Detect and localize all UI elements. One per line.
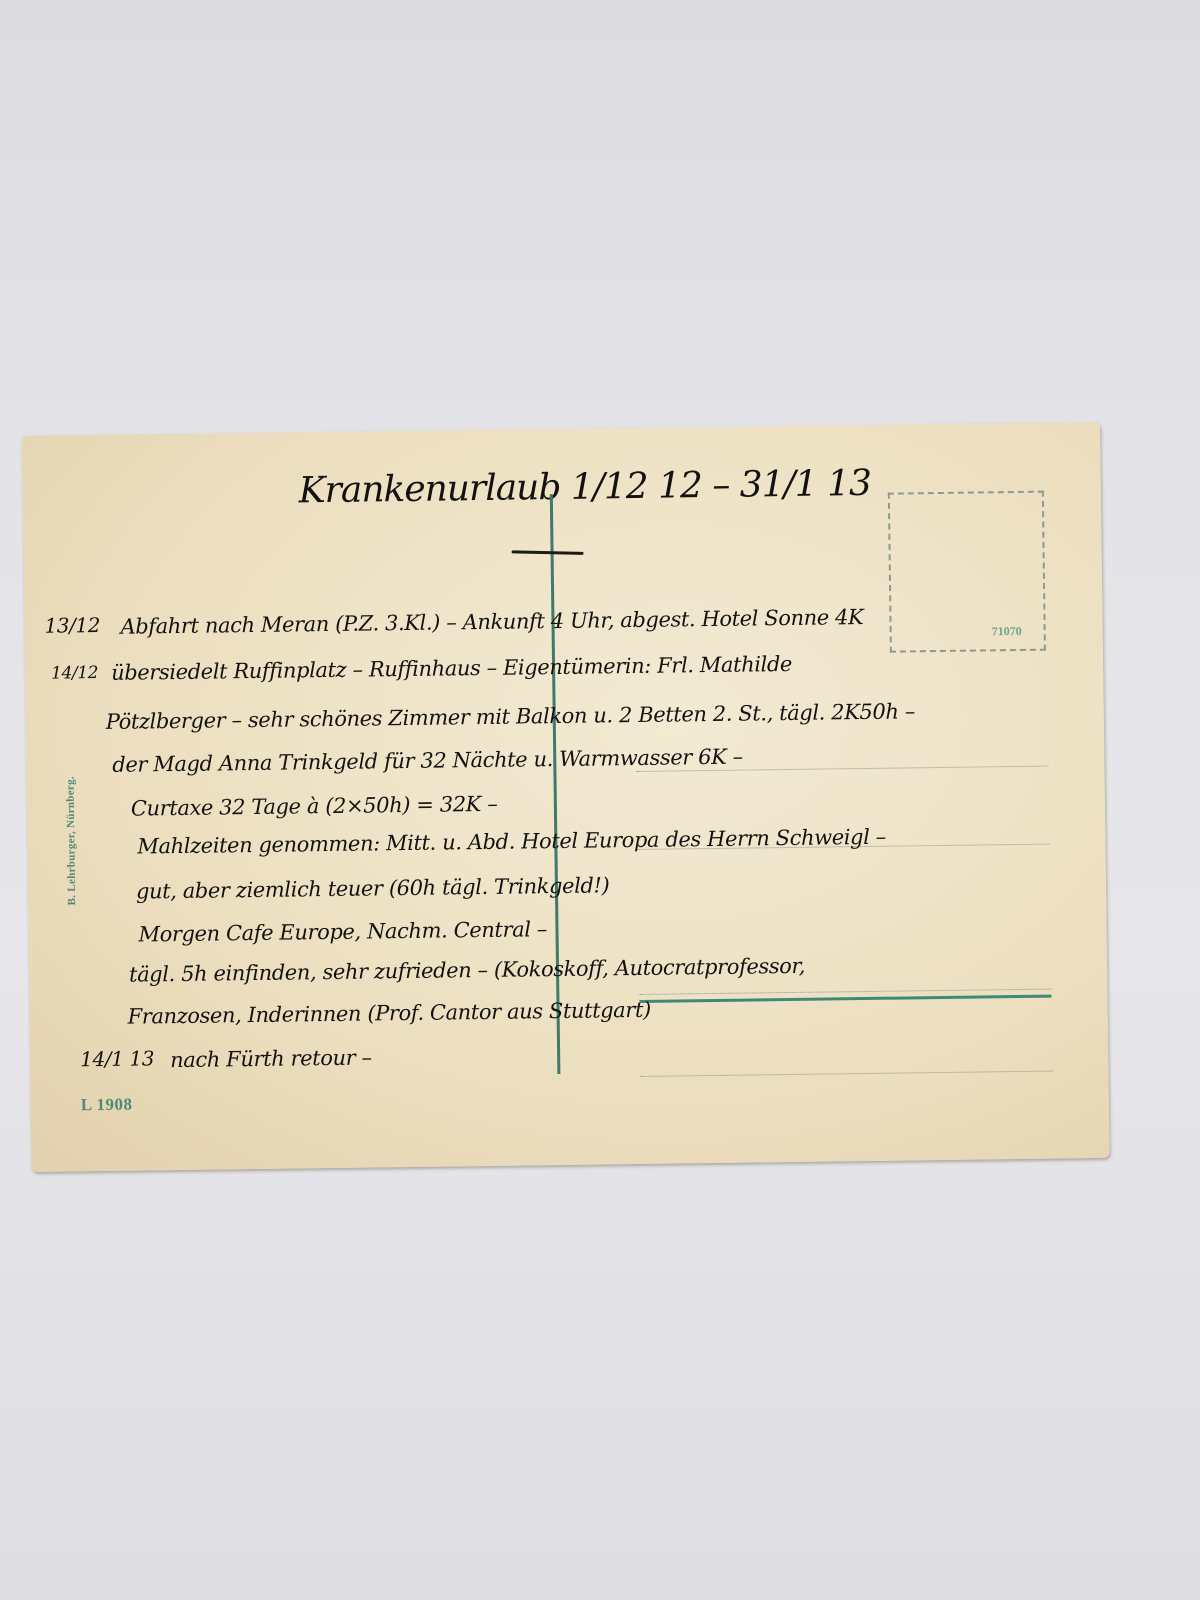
postcard-title: Krankenurlaub 1/12 12 – 31/1 13 (298, 463, 871, 511)
entry-text: Morgen Cafe Europe, Nachm. Central – (138, 917, 547, 946)
entry-text: der Magd Anna Trinkgeld für 32 Nächte u.… (112, 745, 743, 777)
address-line-4 (640, 1071, 1052, 1077)
divider-cross-stroke (512, 550, 584, 555)
address-line-3-solid (639, 995, 1051, 1003)
entry-text: Curtaxe 32 Tage à (2×50h) = 32K – (131, 792, 498, 821)
entry-text: Franzosen, Inderinnen (Prof. Cantor aus … (127, 998, 650, 1029)
series-code: L 1908 (81, 1095, 133, 1116)
entry-text: Pötzlberger – sehr schönes Zimmer mit Ba… (106, 699, 915, 734)
stamp-box: 71070 (888, 491, 1046, 653)
entry-text: nach Fürth retour – (170, 1045, 372, 1072)
vertical-divider-line (550, 494, 560, 1074)
address-line-3-dotted (639, 989, 1051, 995)
entry-text: Abfahrt nach Meran (P.Z. 3.Kl.) – Ankunf… (120, 605, 863, 639)
entry-text: übersiedelt Ruffinplatz – Ruffinhaus – E… (111, 652, 792, 685)
entry-date: 14/12 (51, 663, 98, 684)
entry-text: Mahlzeiten genommen: Mitt. u. Abd. Hotel… (137, 825, 886, 859)
entry-date: 14/1 13 (80, 1046, 154, 1071)
postcard: Krankenurlaub 1/12 12 – 31/1 13 71070 B.… (22, 422, 1110, 1172)
entry-text: tägl. 5h einfinden, sehr zufrieden – (Ko… (129, 954, 805, 987)
entry-date: 13/12 (44, 613, 100, 638)
stamp-box-number: 71070 (992, 624, 1022, 639)
publisher-imprint: B. Lehrburger, Nürnberg. (64, 776, 78, 905)
entry-text: gut, aber ziemlich teuer (60h tägl. Trin… (136, 873, 610, 903)
